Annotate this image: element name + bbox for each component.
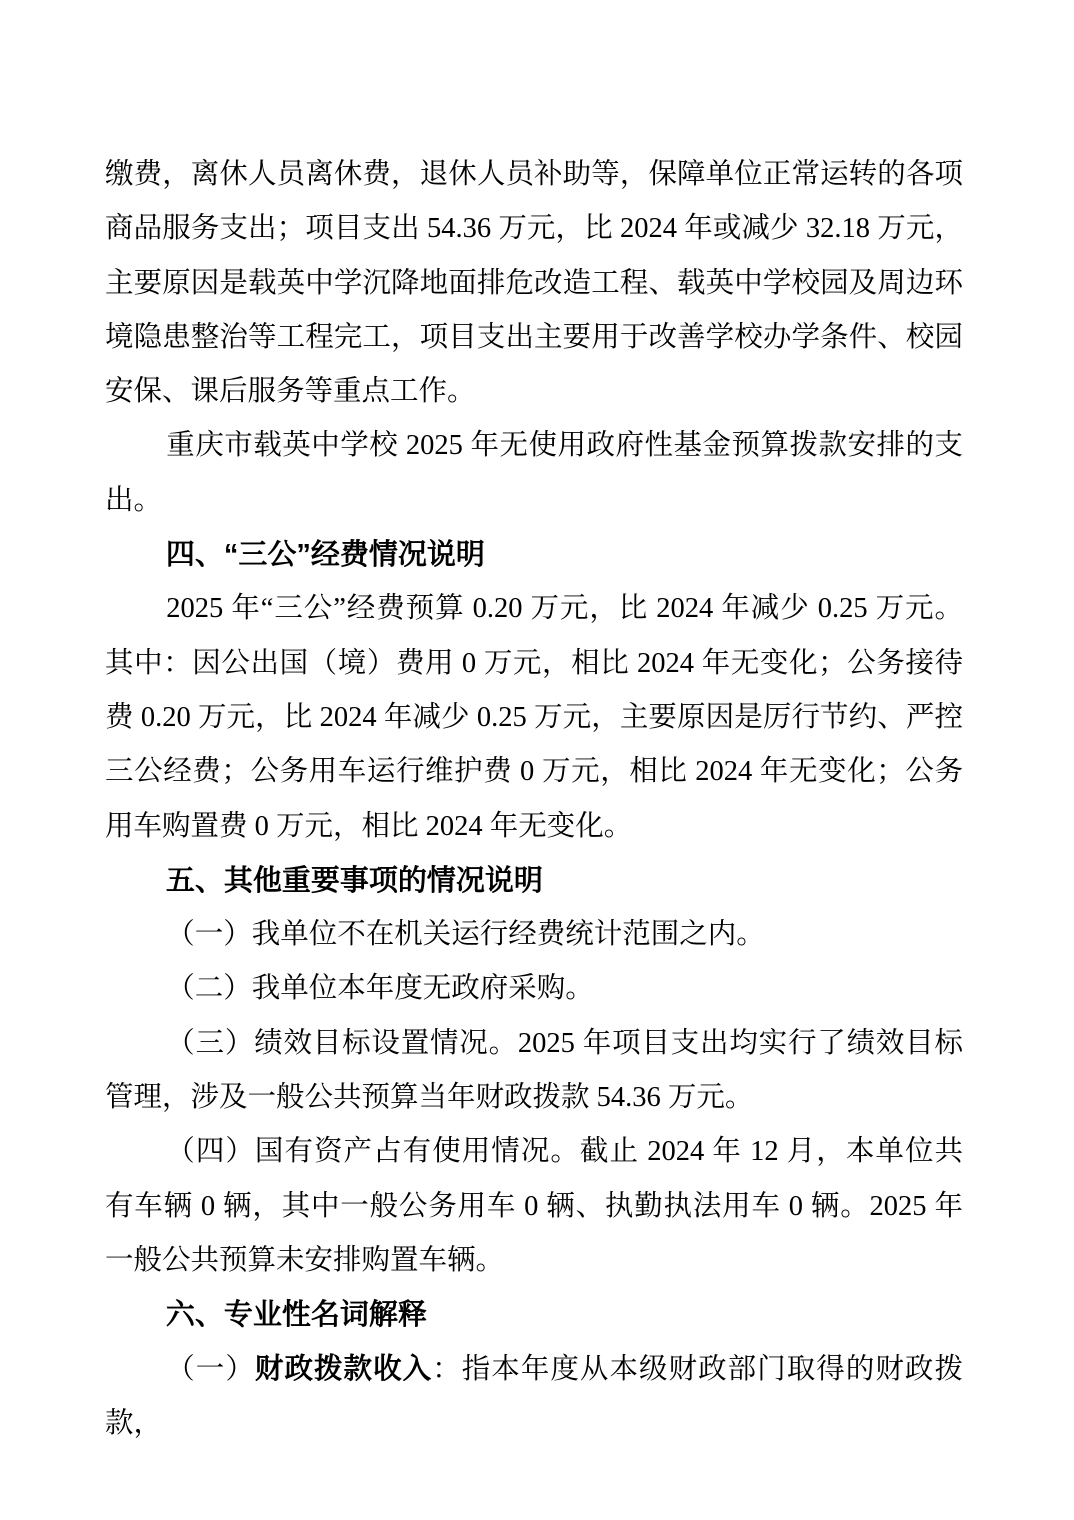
document-body: 缴费，离休人员离休费，退休人员补助等，保障单位正常运转的各项商品服务支出；项目支… [105, 148, 963, 1451]
paragraph: （二）我单位本年度无政府采购。 [105, 962, 963, 1016]
paragraph: （一）财政拨款收入：指本年度从本级财政部门取得的财政拨款， [105, 1343, 963, 1452]
section-heading: 六、专业性名词解释 [105, 1288, 963, 1342]
paragraph: 重庆市载英中学校 2025 年无使用政府性基金预算拨款安排的支出。 [105, 419, 963, 528]
section-heading: 四、“三公”经费情况说明 [105, 528, 963, 582]
document-page: 缴费，离休人员离休费，退休人员补助等，保障单位正常运转的各项商品服务支出；项目支… [0, 0, 1074, 1520]
paragraph: （四）国有资产占有使用情况。截止 2024 年 12 月，本单位共有车辆 0 辆… [105, 1125, 963, 1288]
paragraph: 缴费，离休人员离休费，退休人员补助等，保障单位正常运转的各项商品服务支出；项目支… [105, 148, 963, 419]
paragraph: （三）绩效目标设置情况。2025 年项目支出均实行了绩效目标管理，涉及一般公共预… [105, 1017, 963, 1126]
paragraph: 2025 年“三公”经费预算 0.20 万元，比 2024 年减少 0.25 万… [105, 582, 963, 853]
defined-term: 财政拨款收入 [255, 1354, 432, 1385]
paragraph: （一）我单位不在机关运行经费统计范围之内。 [105, 908, 963, 962]
section-heading: 五、其他重要事项的情况说明 [105, 854, 963, 908]
text-run: （一） [166, 1354, 255, 1385]
